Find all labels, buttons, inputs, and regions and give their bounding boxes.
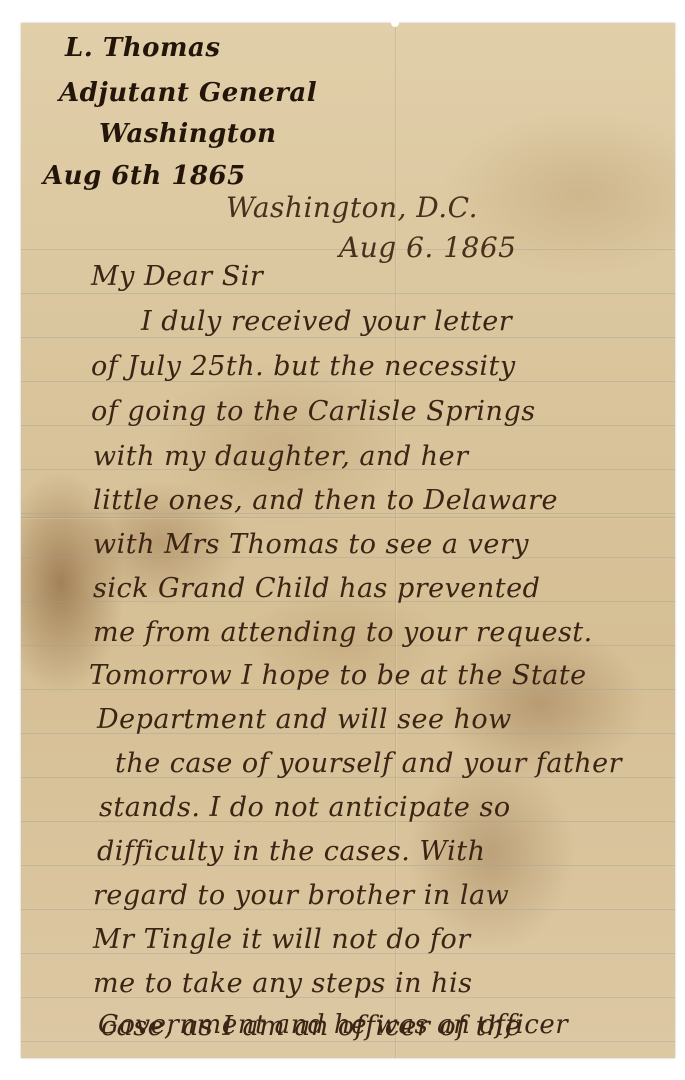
horizontal-fold [21,517,675,519]
body-line: Mr Tingle it will not do for [93,924,471,955]
docket-title: Adjutant General [59,78,317,108]
salutation: My Dear Sir [91,261,263,292]
body-line: with Mrs Thomas to see a very [93,529,529,560]
ruled-line [21,293,675,294]
body-line: difficulty in the cases. With [97,836,486,867]
body-line: little ones, and then to Delaware [93,485,558,516]
docket-place: Washington [99,119,277,149]
body-line: Government and he was an officer [98,1010,568,1040]
body-line: with my daughter, and her [93,441,469,472]
heading-date: Aug 6. 1865 [339,231,516,264]
docket-date: Aug 6th 1865 [43,161,246,191]
ruled-line [21,337,675,338]
body-line: sick Grand Child has prevented [93,573,540,604]
body-line: stands. I do not anticipate so [99,792,511,823]
body-line: I duly received your letter [141,306,512,337]
body-line: of going to the Carlisle Springs [91,396,536,427]
paper-notch [391,21,399,27]
body-line: me to take any steps in his [93,968,472,999]
heading-place: Washington, D.C. [226,191,478,224]
letter-page: L. Thomas Adjutant General Washington Au… [21,23,675,1058]
body-line: of July 25th. but the necessity [91,351,516,382]
body-line: regard to your brother in law [93,880,509,911]
docket-name: L. Thomas [65,33,220,63]
body-line: the case of yourself and your father [115,748,622,779]
body-line: me from attending to your request. [93,617,593,648]
body-line: Department and will see how [97,704,512,735]
body-line: Tomorrow I hope to be at the State [89,660,587,691]
